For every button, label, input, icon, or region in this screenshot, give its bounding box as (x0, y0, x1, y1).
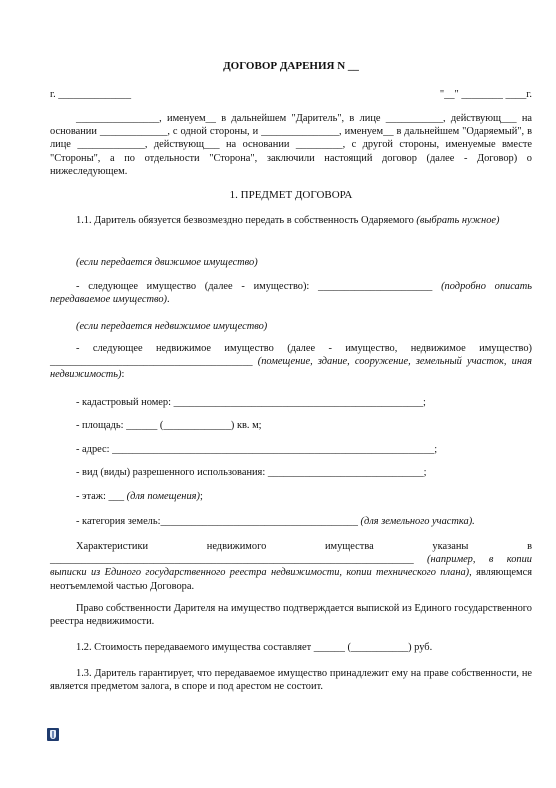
immovable-note: (если передается недвижимое имущество) (76, 320, 267, 333)
land-line: - категория земель:_____________________… (76, 515, 475, 528)
date-field: "__" ________ ____г. (440, 88, 532, 101)
immovable-paragraph: - следующее недвижимое имущество (далее … (50, 342, 532, 382)
immovable-end: : (121, 369, 124, 380)
movable-paragraph: - следующее имущество (далее - имущество… (50, 280, 532, 306)
section-title: 1. ПРЕДМЕТ ДОГОВОРА (50, 189, 532, 202)
characteristics-paragraph: Характеристики недвижимого имущества ука… (50, 540, 532, 593)
ownership-paragraph: Право собственности Дарителя на имуществ… (50, 602, 532, 628)
clause-1-3: 1.3. Даритель гарантирует, что передавае… (50, 667, 532, 693)
land-hint: (для земельного участка). (361, 516, 475, 527)
movable-end: . (167, 294, 170, 305)
floor-line: - этаж: ___ (для помещения); (76, 490, 203, 503)
city-field: г. ______________ (50, 88, 131, 101)
consultant-logo-icon (47, 728, 59, 741)
clause-1-1-note: (выбрать нужное) (416, 215, 499, 226)
cadastral-line: - кадастровый номер: ___________________… (76, 396, 426, 409)
clause-1-2: 1.2. Стоимость передаваемого имущества с… (50, 641, 532, 654)
area-line: - площадь: ______ (_____________) кв. м; (76, 419, 262, 432)
floor-text: - этаж: ___ (76, 491, 127, 502)
floor-hint: (для помещения) (127, 491, 200, 502)
land-text: - категория земель:_____________________… (76, 516, 361, 527)
movable-text: - следующее имущество (далее - имущество… (76, 281, 441, 292)
document-title: ДОГОВОР ДАРЕНИЯ N __ (50, 60, 532, 73)
clause-1-1-text: 1.1. Даритель обязуется безвозмездно пер… (76, 215, 416, 226)
preamble-paragraph: ________________, именуем__ в дальнейшем… (50, 112, 532, 178)
movable-note: (если передается движимое имущество) (76, 256, 258, 269)
clause-1-1: 1.1. Даритель обязуется безвозмездно пер… (50, 214, 532, 227)
address-line: - адрес: _______________________________… (76, 443, 437, 456)
usage-line: - вид (виды) разрешенного использования:… (76, 466, 427, 479)
floor-end: ; (200, 491, 203, 502)
